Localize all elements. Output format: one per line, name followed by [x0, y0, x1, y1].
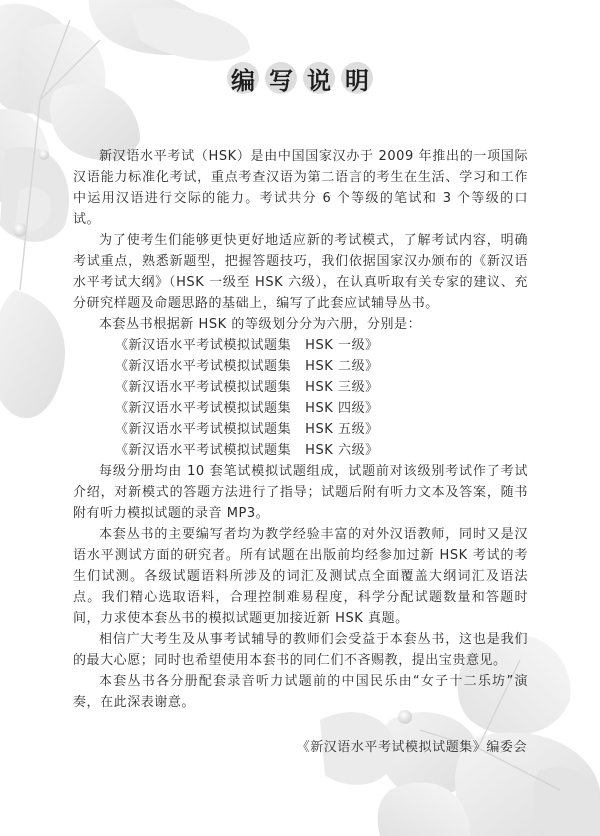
- preface-page: 编 写 说 明 新汉语水平考试（HSK）是由中国国家汉办于 2009 年推出的一…: [0, 0, 600, 836]
- book-title: 《新汉语水平考试模拟试题集: [115, 443, 291, 458]
- editorial-signature: 《新汉语水平考试模拟试题集》编委会: [297, 736, 527, 755]
- paragraph-intro: 新汉语水平考试（HSK）是由中国国家汉办于 2009 年推出的一项国际汉语能力标…: [73, 146, 528, 230]
- book-level: HSK 六级》: [305, 443, 379, 458]
- book-level: HSK 四级》: [305, 401, 379, 416]
- book-level: HSK 五级》: [305, 422, 379, 437]
- book-level: HSK 二级》: [305, 359, 379, 374]
- paragraph-thanks: 本套丛书各分册配套录音听力试题前的中国民乐由“女子十二乐坊”演奏，在此深表谢意。: [73, 671, 528, 713]
- book-title: 《新汉语水平考试模拟试题集: [115, 359, 291, 374]
- title-char: 说: [303, 62, 335, 94]
- paragraph-wishes: 相信广大考生及从事考试辅导的教师们会受益于本套丛书，这也是我们的最大心愿；同时也…: [73, 629, 528, 671]
- title-char: 编: [227, 62, 259, 94]
- paragraph-purpose: 为了使考生们能够更快更好地适应新的考试模式，了解考试内容，明确考试重点，熟悉新题…: [73, 230, 528, 314]
- paragraph-contents: 每级分册均由 10 套笔试模拟试题组成，试题前对该级别考试作了考试介绍，对新模式…: [73, 461, 528, 524]
- book-level: HSK 三级》: [305, 380, 379, 395]
- paragraph-series: 本套丛书根据新 HSK 的等级划分分为六册，分别是：: [73, 314, 528, 335]
- paragraph-authors: 本套丛书的主要编写者均为教学经验丰富的对外汉语教师，同时又是汉语水平测试方面的研…: [73, 524, 528, 629]
- book-title: 《新汉语水平考试模拟试题集: [115, 338, 291, 353]
- book-level: HSK 一级》: [305, 338, 379, 353]
- book-title: 《新汉语水平考试模拟试题集: [115, 401, 291, 416]
- book-item: 《新汉语水平考试模拟试题集HSK 一级》: [73, 335, 528, 356]
- preface-body: 新汉语水平考试（HSK）是由中国国家汉办于 2009 年推出的一项国际汉语能力标…: [73, 146, 528, 713]
- book-item: 《新汉语水平考试模拟试题集HSK 三级》: [73, 377, 528, 398]
- book-title: 《新汉语水平考试模拟试题集: [115, 422, 291, 437]
- book-item: 《新汉语水平考试模拟试题集HSK 六级》: [73, 440, 528, 461]
- book-item: 《新汉语水平考试模拟试题集HSK 五级》: [73, 419, 528, 440]
- title-char: 写: [265, 62, 297, 94]
- book-list: 《新汉语水平考试模拟试题集HSK 一级》 《新汉语水平考试模拟试题集HSK 二级…: [73, 335, 528, 461]
- title-char: 明: [341, 62, 373, 94]
- book-item: 《新汉语水平考试模拟试题集HSK 四级》: [73, 398, 528, 419]
- page-title: 编 写 说 明: [0, 62, 600, 94]
- book-title: 《新汉语水平考试模拟试题集: [115, 380, 291, 395]
- book-item: 《新汉语水平考试模拟试题集HSK 二级》: [73, 356, 528, 377]
